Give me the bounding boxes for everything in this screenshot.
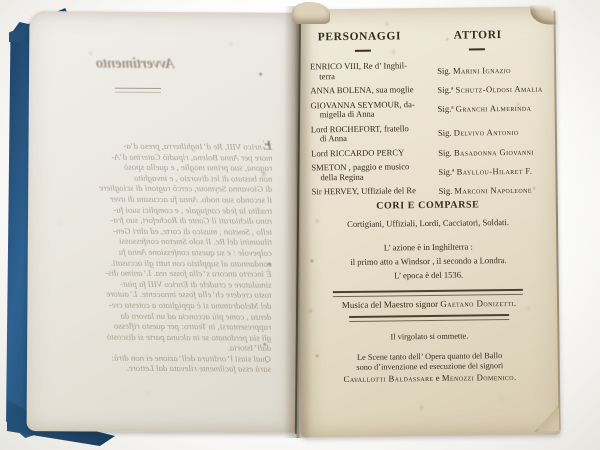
cast-row: Sir HERVEY, Uffiziale del Re Sig. Marcon… [312, 185, 550, 198]
scenes-designers: Cavallotti Baldassare e Menozzi Domenico… [300, 371, 560, 384]
cast-actor: Sig. Basadonna Giovanni [435, 146, 549, 157]
bleed-through-heading: Avvertimento [29, 55, 241, 73]
bleed-through-rule [115, 88, 161, 93]
scenes-note-line: sono d’invenzione ed esecuzione dei sign… [300, 360, 560, 372]
cast-role: ENRICO VIII, Re d’ Inghil- terra [310, 61, 434, 82]
cast-role: Sir HERVEY, Uffiziale del Re [312, 186, 436, 197]
setting-line: L’ azione è in Inghilterra : [298, 240, 558, 253]
cast-row: ANNA BOLENA, sua moglie Sig.ª Schutz-Old… [310, 84, 548, 97]
book-photo: Avvertimento Enrico VIII, Re d’ Inghilte… [0, 0, 600, 450]
cast-actor: Sig. Marini Ignazio [434, 64, 548, 75]
cast-actor: Sig. Marconi Napoleone [436, 185, 550, 196]
separator-rule [333, 289, 523, 297]
cast-actor: Sig. Delvivo Antonio [435, 127, 549, 138]
cast-row: ENRICO VIII, Re d’ Inghil- terra Sig. Ma… [310, 60, 548, 82]
cast-actor: Sig.ª Schutz-Oldosi Amalia [434, 84, 548, 95]
cast-role: GIOVANNA SEYMOUR, da- migella di Anna [311, 100, 435, 121]
music-credit: Musica del Maestro signor Gaetano Donize… [299, 297, 559, 310]
dog-eared-corner [534, 404, 559, 431]
chorus-title: CORI E COMPARSE [298, 198, 558, 212]
cast-list: ENRICO VIII, Re d’ Inghil- terra Sig. Ma… [310, 60, 550, 203]
right-page: PERSONAGGI ATTORI ENRICO VIII, Re d’ Ing… [295, 6, 560, 437]
chorus-line: Cortigiani, Uffiziali, Lordi, Cacciatori… [298, 216, 558, 229]
cast-actor: Sig.ª Granchi Almerinda [435, 103, 549, 114]
cast-row: GIOVANNA SEYMOUR, da- migella di Anna Si… [311, 98, 549, 120]
column-header-personaggi: PERSONAGGI [318, 30, 401, 43]
foxing-spots-left [29, 11, 32, 14]
cast-role: Lord RICCARDO PERCY [311, 148, 435, 159]
cast-actor: Sig.ª Bayllou-Hilaret F. [435, 166, 549, 177]
column-header-attori: ATTORI [454, 29, 502, 42]
cast-row: Lord ROCHEFORT, fratello di Anna Sig. De… [311, 122, 549, 144]
bleed-through-paragraph: Enrico VIII, Re d’ Inghilterra, preso d’… [39, 139, 273, 375]
cast-role: Lord ROCHEFORT, fratello di Anna [311, 124, 435, 145]
cast-row: SMETON , paggio e musico della Regina Si… [311, 161, 549, 183]
setting-line: L’ epoca è del 1536. [299, 268, 559, 281]
foxing-spots-right [295, 10, 298, 13]
header-dash [355, 50, 371, 52]
bleed-line: sarà essa facilmente rilevata dal Lettor… [39, 363, 271, 375]
cast-role: ANNA BOLENA, sua moglie [310, 85, 434, 96]
setting-line: il primo atto a Windsor , il secondo a L… [298, 254, 558, 267]
left-page: Avvertimento Enrico VIII, Re d’ Inghilte… [27, 11, 300, 433]
cast-role: SMETON , paggio e musico della Regina [311, 162, 435, 183]
cast-row: Lord RICCARDO PERCY Sig. Basadonna Giova… [311, 146, 549, 159]
virgolato-note: Il virgolato si ommette. [299, 330, 559, 342]
header-dash [469, 48, 485, 50]
separator-rule [349, 314, 509, 322]
